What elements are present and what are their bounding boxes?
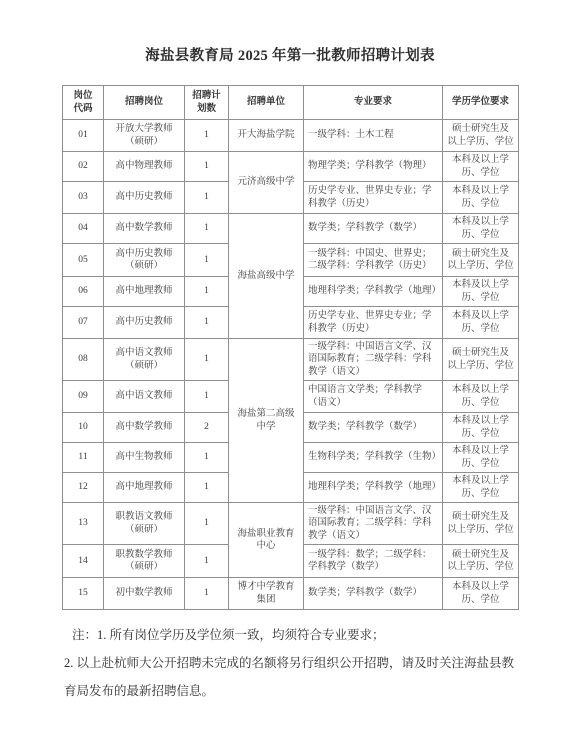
notes-section: 注：1. 所有岗位学历及学位须一致，均须符合专业要求； 2. 以上赴杭师大公开招… (64, 621, 526, 705)
cell-qualification: 本科及以上学 历、学位 (443, 413, 519, 443)
cell-position: 高中地理教师 (104, 473, 185, 503)
cell-code: 09 (63, 381, 104, 413)
cell-qualification: 本科及以上学 历、学位 (443, 214, 519, 244)
table-header-row: 岗位 代码 招聘岗位 招聘计 划数 招聘单位 专业要求 学历学位要求 (63, 86, 519, 120)
cell-requirement: 一级学科：中国语言文学、汉 语国际教育；二级学科：学科 教学（语文） (304, 503, 443, 545)
cell-plan: 1 (185, 381, 229, 413)
cell-position: 高中历史教师 （硕研） (104, 244, 185, 277)
note-1: 注：1. 所有岗位学历及学位须一致，均须符合专业要求； (64, 621, 526, 649)
table-row: 13 职教语文教师 （硕研） 1 海盐职业教育 中心 一级学科：中国语言文学、汉… (63, 503, 519, 545)
table-row: 01 开放大学教师 （硕研） 1 开大海盐学院 一级学科：土木工程 硕士研究生及… (63, 120, 519, 152)
cell-plan: 1 (185, 120, 229, 152)
col-header-plan-count: 招聘计 划数 (185, 86, 229, 120)
note-2: 2. 以上赴杭师大公开招聘未完成的名额将另行组织公开招聘，请及时关注海盐县教 育… (64, 649, 526, 705)
table-row: 02 高中物理教师 1 元济高级中学 物理学类；学科教学（物理） 本科及以上学 … (63, 152, 519, 182)
cell-requirement: 生物科学类；学科教学（生物） (304, 443, 443, 473)
table-row: 15 初中数学教师 1 博才中学教育 集团 数学类；学科教学（数学） 本科及以上… (63, 578, 519, 610)
cell-requirement: 一级学科：土木工程 (304, 120, 443, 152)
cell-plan: 2 (185, 413, 229, 443)
cell-code: 14 (63, 545, 104, 578)
cell-code: 10 (63, 413, 104, 443)
col-header-unit: 招聘单位 (229, 86, 304, 120)
cell-code: 13 (63, 503, 104, 545)
cell-plan: 1 (185, 339, 229, 381)
cell-qualification: 硕士研究生及 以上学历、学位 (443, 503, 519, 545)
cell-qualification: 本科及以上学 历、学位 (443, 473, 519, 503)
cell-qualification: 硕士研究生及 以上学历、学位 (443, 339, 519, 381)
cell-requirement: 一级学科：中国语言文学、汉 语国际教育；二级学科：学科 教学（语文） (304, 339, 443, 381)
cell-requirement: 一级学科：数学；二级学科： 学科教学（数学） (304, 545, 443, 578)
cell-requirement: 地理科学类；学科教学（地理） (304, 277, 443, 307)
cell-unit: 开大海盐学院 (229, 120, 304, 152)
cell-requirement: 数学类；学科教学（数学） (304, 413, 443, 443)
cell-position: 高中语文教师 （硕研） (104, 339, 185, 381)
table-row: 04 高中数学教师 1 海盐高级中学 数学类；学科教学（数学） 本科及以上学 历… (63, 214, 519, 244)
table-row: 08 高中语文教师 （硕研） 1 海盐第二高级 中学 一级学科：中国语言文学、汉… (63, 339, 519, 381)
cell-unit: 海盐第二高级 中学 (229, 339, 304, 503)
cell-qualification: 硕士研究生及 以上学历、学位 (443, 545, 519, 578)
cell-code: 04 (63, 214, 104, 244)
cell-code: 05 (63, 244, 104, 277)
cell-position: 开放大学教师 （硕研） (104, 120, 185, 152)
page-title: 海盐县教育局 2025 年第一批教师招聘计划表 (0, 44, 580, 65)
cell-plan: 1 (185, 578, 229, 610)
cell-position: 职教数学教师 （硕研） (104, 545, 185, 578)
cell-position: 高中数学教师 (104, 413, 185, 443)
cell-plan: 1 (185, 244, 229, 277)
cell-position: 高中历史教师 (104, 182, 185, 214)
cell-requirement: 中国语言文学类；学科教学 （语文） (304, 381, 443, 413)
cell-plan: 1 (185, 152, 229, 182)
cell-requirement: 历史学专业、世界史专业；学 科教学（历史） (304, 182, 443, 214)
cell-qualification: 硕士研究生及 以上学历、学位 (443, 244, 519, 277)
col-header-requirement: 专业要求 (304, 86, 443, 120)
cell-qualification: 本科及以上学 历、学位 (443, 307, 519, 339)
cell-requirement: 地理科学类；学科教学（地理） (304, 473, 443, 503)
cell-code: 12 (63, 473, 104, 503)
col-header-position-code: 岗位 代码 (63, 86, 104, 120)
cell-position: 高中历史教师 (104, 307, 185, 339)
cell-unit: 海盐高级中学 (229, 214, 304, 339)
cell-qualification: 硕士研究生及 以上学历、学位 (443, 120, 519, 152)
cell-position: 高中生物教师 (104, 443, 185, 473)
recruitment-plan-table: 岗位 代码 招聘岗位 招聘计 划数 招聘单位 专业要求 学历学位要求 01 开放… (62, 85, 519, 610)
cell-plan: 1 (185, 473, 229, 503)
cell-position: 高中语文教师 (104, 381, 185, 413)
document-page: 海盐县教育局 2025 年第一批教师招聘计划表 岗位 代码 招聘岗位 招聘计 划… (0, 0, 580, 740)
cell-requirement: 历史学专业、世界史专业；学 科教学（历史） (304, 307, 443, 339)
cell-unit: 博才中学教育 集团 (229, 578, 304, 610)
col-header-position: 招聘岗位 (104, 86, 185, 120)
cell-unit: 海盐职业教育 中心 (229, 503, 304, 578)
col-header-qualification: 学历学位要求 (443, 86, 519, 120)
cell-code: 07 (63, 307, 104, 339)
cell-qualification: 本科及以上学 历、学位 (443, 578, 519, 610)
cell-qualification: 本科及以上学 历、学位 (443, 443, 519, 473)
cell-qualification: 本科及以上学 历、学位 (443, 152, 519, 182)
cell-qualification: 本科及以上学 历、学位 (443, 381, 519, 413)
cell-code: 01 (63, 120, 104, 152)
cell-code: 06 (63, 277, 104, 307)
cell-plan: 1 (185, 214, 229, 244)
cell-code: 03 (63, 182, 104, 214)
cell-plan: 1 (185, 503, 229, 545)
cell-position: 高中地理教师 (104, 277, 185, 307)
cell-code: 08 (63, 339, 104, 381)
cell-requirement: 数学类；学科教学（数学） (304, 578, 443, 610)
cell-requirement: 数学类；学科教学（数学） (304, 214, 443, 244)
cell-qualification: 本科及以上学 历、学位 (443, 277, 519, 307)
cell-plan: 1 (185, 277, 229, 307)
cell-plan: 1 (185, 545, 229, 578)
cell-code: 02 (63, 152, 104, 182)
cell-requirement: 一级学科：中国史、世界史； 二级学科：学科教学（历史） (304, 244, 443, 277)
cell-position: 高中物理教师 (104, 152, 185, 182)
cell-unit: 元济高级中学 (229, 152, 304, 214)
cell-plan: 1 (185, 443, 229, 473)
cell-requirement: 物理学类；学科教学（物理） (304, 152, 443, 182)
cell-plan: 1 (185, 307, 229, 339)
cell-code: 11 (63, 443, 104, 473)
cell-position: 初中数学教师 (104, 578, 185, 610)
cell-plan: 1 (185, 182, 229, 214)
cell-qualification: 本科及以上学 历、学位 (443, 182, 519, 214)
cell-position: 高中数学教师 (104, 214, 185, 244)
cell-position: 职教语文教师 （硕研） (104, 503, 185, 545)
cell-code: 15 (63, 578, 104, 610)
